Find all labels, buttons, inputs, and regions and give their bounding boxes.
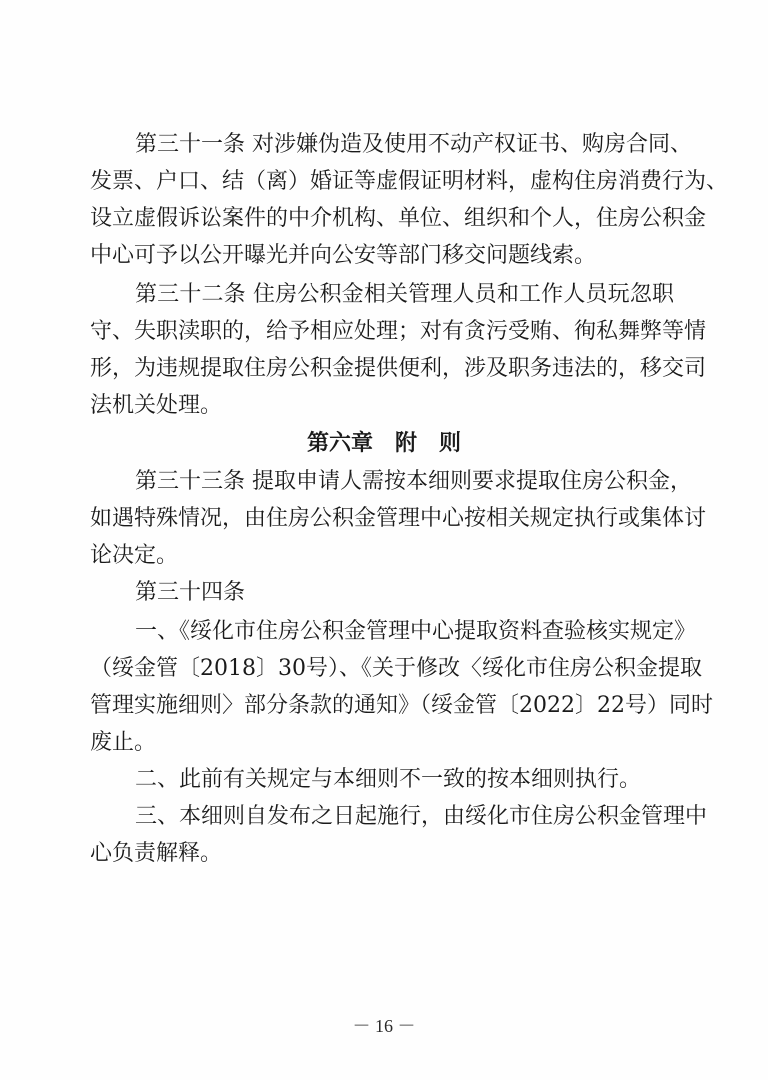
article-32-line-1: 第三十二条 住房公积金相关管理人员和工作人员玩忽职 (135, 281, 674, 309)
article-34-item-1-line-1: 一、《绥化市住房公积金管理中心提取资料查验核实规定》 (135, 618, 674, 646)
article-34-title: 第三十四条 (135, 579, 674, 607)
article-32-line-3: 形，为违规提取住房公积金提供便利，涉及职务违法的，移交司 (90, 355, 674, 383)
article-31-line-4: 中心可予以公开曝光并向公安等部门移交问题线索。 (90, 242, 674, 270)
article-34-item-3-line-1: 三、本细则自发布之日起施行，由绥化市住房公积金管理中 (135, 803, 674, 831)
article-34-item-1-line-2: （绥金管〔2018〕30号）、《关于修改〈绥化市住房公积金提取 (90, 655, 674, 683)
article-32-line-2: 守、失职渎职的，给予相应处理；对有贪污受贿、徇私舞弊等情 (90, 318, 674, 346)
article-33-line-1: 第三十三条 提取申请人需按本细则要求提取住房公积金， (135, 468, 674, 496)
article-31-line-1: 第三十一条 对涉嫌伪造及使用不动产权证书、购房合同、 (135, 131, 674, 159)
article-33-line-2: 如遇特殊情况，由住房公积金管理中心按相关规定执行或集体讨 (90, 505, 674, 533)
article-31-line-3: 设立虚假诉讼案件的中介机构、单位、组织和个人，住房公积金 (90, 205, 674, 233)
article-34-item-1-line-4: 废止。 (90, 729, 674, 757)
article-31-line-2: 发票、户口、结（离）婚证等虚假证明材料，虚构住房消费行为、 (90, 168, 674, 196)
article-34-item-1-line-3: 管理实施细则〉部分条款的通知》（绥金管〔2022〕22号）同时 (90, 692, 674, 720)
article-32-line-4: 法机关处理。 (90, 392, 674, 420)
article-33-line-3: 论决定。 (90, 542, 674, 570)
document-page: 第三十一条 对涉嫌伪造及使用不动产权证书、购房合同、 发票、户口、结（离）婚证等… (0, 0, 768, 1080)
page-number: － 16 － (0, 1012, 768, 1038)
article-34-item-3-line-2: 心负责解释。 (90, 840, 674, 868)
article-34-item-2-line-1: 二、此前有关规定与本细则不一致的按本细则执行。 (135, 766, 674, 794)
chapter-heading: 第六章 附 则 (0, 429, 768, 457)
